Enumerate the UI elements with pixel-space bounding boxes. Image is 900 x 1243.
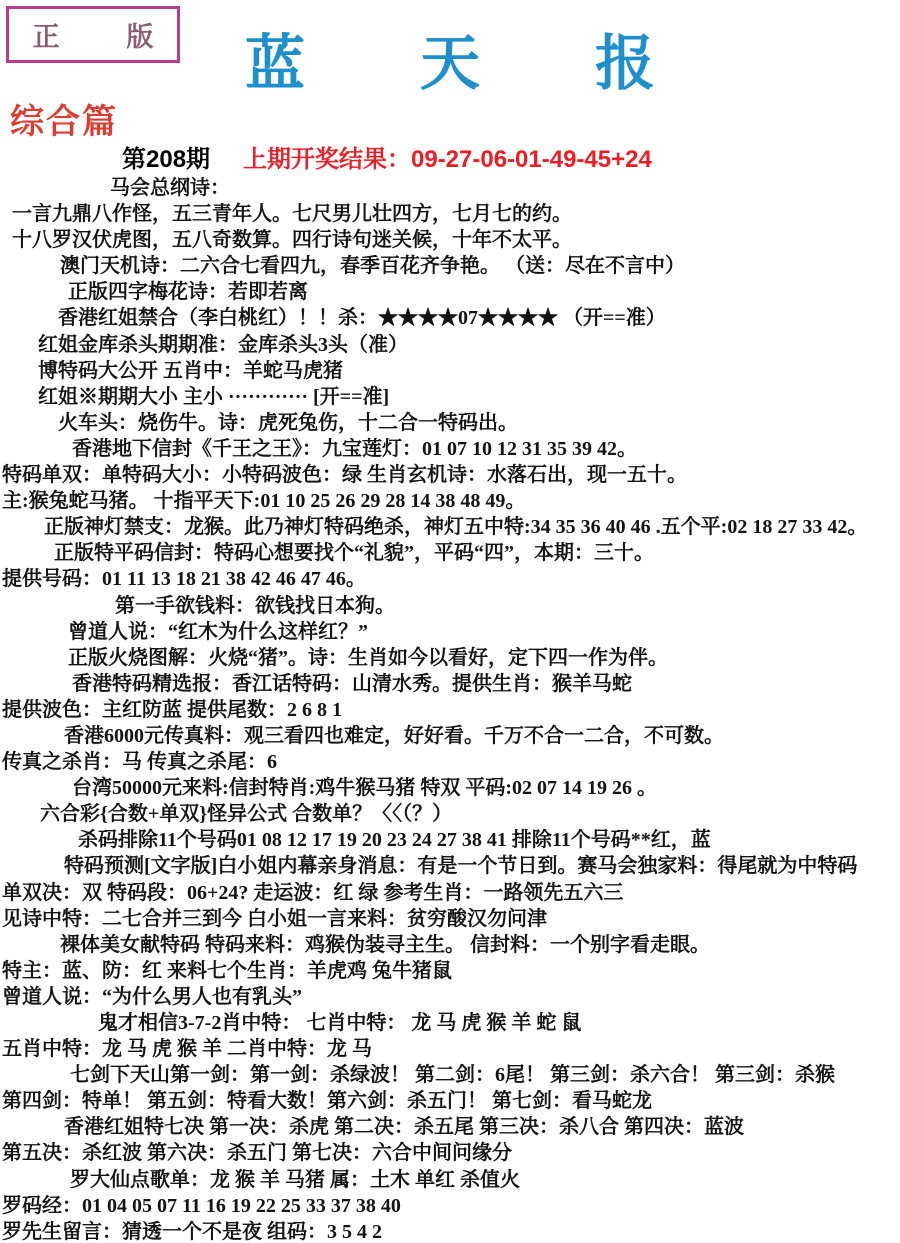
text-line: 正版神灯禁支：龙猴。此乃神灯特码绝杀，神灯五中特:34 35 36 40 46 … [0,514,900,540]
text-line: 第一手欲钱料：欲钱找日本狗。 [0,593,900,619]
text-line: 第五决：杀红波 第六决：杀五门 第七决：六合中间问缘分 [0,1140,900,1166]
text-line: 罗码经：01 04 05 07 11 16 19 22 25 33 37 38 … [0,1193,900,1219]
text-line: 单双决：双 特码段：06+24? 走运波：红 绿 参考生肖：一路领先五六三 [0,880,900,906]
page-title: 蓝 天 报 [0,16,900,102]
text-line: 香港6000元传真料：观三看四也难定，好好看。千万不合一二合，不可数。 [0,723,900,749]
text-line: 六合彩{合数+单双}怪异公式 合数单？〈〈（？） [0,801,900,827]
text-line: 正版火烧图解：火烧“猪”。诗：生肖如今以看好，定下四一作为伴。 [0,645,900,671]
text-line: 罗先生留言：猜透一个不是夜 组码：3 5 4 2 [0,1219,900,1243]
text-line: 第四剑：特单！ 第五剑：特看大数！第六剑：杀五门！ 第七剑：看马蛇龙 [0,1088,900,1114]
text-line: 特主：蓝、防：红 来料七个生肖：羊虎鸡 兔牛猪鼠 [0,958,900,984]
text-line: 香港红姐禁合（李白桃红）！！杀：★★★★07★★★★ （开==准） [0,305,900,331]
last-draw-result: 上期开奖结果：09-27-06-01-49-45+24 [243,139,652,174]
body-lines: 马会总纲诗：一言九鼎八作怪，五三青年人。七尺男儿壮四方，七月七的约。十八罗汉伏虎… [0,175,900,1243]
text-line: 一言九鼎八作怪，五三青年人。七尺男儿壮四方，七月七的约。 [0,201,900,227]
text-line: 见诗中特：二七合并三到今 白小姐一言来料：贫穷酸汉勿问津 [0,906,900,932]
text-line: 台湾50000元来料:信封特肖:鸡牛猴马猪 特双 平码:02 07 14 19 … [0,775,900,801]
text-line: 曾道人说：“红木为什么这样红？” [0,619,900,645]
text-line: 火车头：烧伤牛。诗：虎死兔伤，十二合一特码出。 [0,410,900,436]
text-line: 红姐金库杀头期期准：金库杀头3头（准） [0,332,900,358]
text-line: 提供号码：01 11 13 18 21 38 42 46 47 46。 [0,566,900,592]
text-line: 正版特平码信封：特码心想要找个“礼貌”，平码“四”，本期：三十。 [0,540,900,566]
text-line: 香港地下信封《千王之王》：九宝莲灯：01 07 10 12 31 35 39 4… [0,436,900,462]
text-line: 五肖中特：龙 马 虎 猴 羊 二肖中特：龙 马 [0,1036,900,1062]
text-line: 澳门天机诗：二六合七看四九，春季百花齐争艳。 （送：尽在不言中） [0,253,900,279]
text-line: 罗大仙点歌单：龙 猴 羊 马猪 属：土木 单红 杀值火 [0,1167,900,1193]
text-line: 十八罗汉伏虎图，五八奇数算。四行诗句迷关候，十年不太平。 [0,227,900,253]
text-line: 传真之杀肖：马 传真之杀尾：6 [0,749,900,775]
text-line: 正版四字梅花诗：若即若离 [0,279,900,305]
issue-row: 第208期 上期开奖结果：09-27-06-01-49-45+24 [0,139,900,171]
text-line: 特码单双：单特码大小：小特码波色：绿 生肖玄机诗：水落石出，现一五十。 [0,462,900,488]
text-line: 裸体美女献特码 特码来料：鸡猴伪装寻主生。 信封料：一个别字看走眼。 [0,932,900,958]
text-line: 鬼才相信3-7-2肖中特： 七肖中特： 龙 马 虎 猴 羊 蛇 鼠 [0,1010,900,1036]
text-line: 七剑下天山第一剑：第一剑：杀绿波！ 第二剑：6尾！ 第三剑：杀六合！ 第三剑：杀… [0,1062,900,1088]
text-line: 红姐※期期大小 主小 ············ [开==准] [0,384,900,410]
text-line: 特码预测[文字版]白小姐内幕亲身消息：有是一个节日到。赛马会独家料：得尾就为中特… [0,853,900,879]
text-line: 曾道人说：“为什么男人也有乳头” [0,984,900,1010]
text-line: 杀码排除11个号码01 08 12 17 19 20 23 24 27 38 4… [0,827,900,853]
text-line: 马会总纲诗： [0,175,900,201]
text-line: 香港红姐特七决 第一决：杀虎 第二决：杀五尾 第三决：杀八合 第四决：蓝波 [0,1114,900,1140]
text-line: 提供波色：主红防蓝 提供尾数：2 6 8 1 [0,697,900,723]
section-title: 综合篇 [10,94,118,143]
text-line: 博特码大公开 五肖中：羊蛇马虎猪 [0,358,900,384]
text-line: 主:猴兔蛇马猪。 十指平天下:01 10 25 26 29 28 14 38 4… [0,488,900,514]
issue-number: 第208期 [122,139,210,174]
text-line: 香港特码精选报：香江话特码：山清水秀。提供生肖：猴羊马蛇 [0,671,900,697]
